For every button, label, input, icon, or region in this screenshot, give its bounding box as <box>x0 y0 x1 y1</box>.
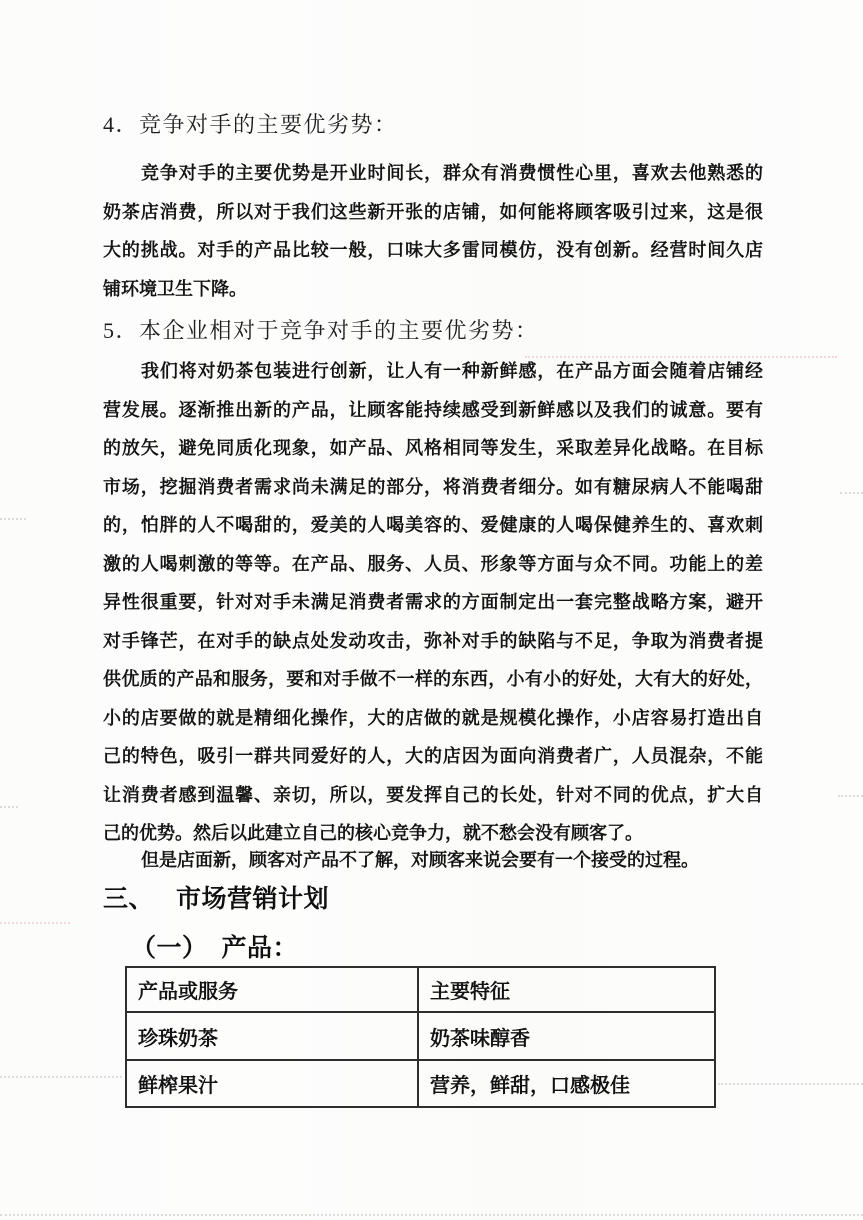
table-cell: 鲜榨果汁 <box>127 1061 419 1106</box>
section5-paragraph: 我们将对奶茶包装进行创新，让人有一种新鲜感，在产品方面会随着店铺经营发展。逐渐推… <box>103 352 763 853</box>
section4-paragraph: 竞争对手的主要优势是开业时间长，群众有消费惯性心里，喜欢去他熟悉的奶茶店消费，所… <box>103 154 763 308</box>
table-cell: 奶茶味醇香 <box>419 1013 714 1061</box>
table-header-cell: 产品或服务 <box>127 968 419 1013</box>
scan-artifact-dots <box>718 1083 863 1085</box>
scan-artifact-dots <box>0 518 26 520</box>
text-line: 竞争对手的主要优势是开业时间长，群众有消费惯性心里，喜欢去他熟悉的 <box>103 154 763 193</box>
table-cell: 珍珠奶茶 <box>127 1013 419 1061</box>
table-cell: 营养，鲜甜，口感极佳 <box>419 1061 714 1106</box>
section4-heading: 4．竞争对手的主要优劣势： <box>103 110 398 140</box>
scan-artifact-dots <box>0 806 18 808</box>
text-line: 营发展。逐渐推出新的产品，让顾客能持续感受到新鲜感以及我们的诚意。要有 <box>103 391 763 430</box>
document-page: 4．竞争对手的主要优劣势： 竞争对手的主要优势是开业时间长，群众有消费惯性心里，… <box>0 0 863 1220</box>
scan-artifact-dots <box>0 1076 122 1078</box>
scan-artifact-dots <box>840 492 863 494</box>
text-line: 激的人喝刺激的等等。在产品、服务、人员、形象等方面与众不同。功能上的差 <box>103 545 763 584</box>
text-line: 小的店要做的就是精细化操作，大的店做的就是规模化操作，小店容易打造出自 <box>103 699 763 738</box>
text-line: 的，怕胖的人不喝甜的，爱美的人喝美容的、爱健康的人喝保健养生的、喜欢刺 <box>103 506 763 545</box>
text-line: 但是店面新，顾客对产品不了解，对顾客来说会要有一个接受的过程。 <box>103 841 763 880</box>
section3-heading: 三、市场营销计划 <box>103 884 329 914</box>
table-header-cell: 主要特征 <box>419 968 714 1013</box>
text-line: 奶茶店消费，所以对于我们这些新开张的店铺，如何能将顾客吸引过来，这是很 <box>103 193 763 232</box>
text-line: 异性很重要，针对对手未满足消费者需求的方面制定出一套完整战略方案，避开 <box>103 583 763 622</box>
product-table: 产品或服务 主要特征 珍珠奶茶 奶茶味醇香 鲜榨果汁 营养，鲜甜，口感极佳 <box>125 966 716 1108</box>
scan-artifact-dots <box>0 922 70 924</box>
scan-artifact-dots <box>838 795 863 797</box>
text-line: 的放矢，避免同质化现象，如产品、风格相同等发生，采取差异化战略。在目标 <box>103 429 763 468</box>
subsection1-title: 产品： <box>222 934 299 962</box>
text-line: 己的特色，吸引一群共同爱好的人，大的店因为面向消费者广，人员混杂，不能 <box>103 737 763 776</box>
section3-number: 三、 <box>103 884 154 914</box>
text-line: 大的挑战。对手的产品比较一般，口味大多雷同模仿，没有创新。经营时间久店 <box>103 231 763 270</box>
section5-heading: 5．本企业相对于竞争对手的主要优劣势： <box>103 316 539 346</box>
text-line: 让消费者感到温馨、亲切，所以，要发挥自己的长处，针对不同的优点，扩大自 <box>103 776 763 815</box>
text-line: 供优质的产品和服务，要和对手做不一样的东西，小有小的好处，大有大的好处， <box>103 660 763 699</box>
text-line: 我们将对奶茶包装进行创新，让人有一种新鲜感，在产品方面会随着店铺经 <box>103 352 763 391</box>
subsection1-number: （一） <box>131 933 208 963</box>
section3-title: 市场营销计划 <box>176 885 329 913</box>
scan-artifact-dots <box>0 1214 863 1216</box>
section5-closing-paragraph: 但是店面新，顾客对产品不了解，对顾客来说会要有一个接受的过程。 <box>103 841 763 880</box>
text-line: 市场，挖掘消费者需求尚未满足的部分，将消费者细分。如有糖尿病人不能喝甜 <box>103 468 763 507</box>
subsection1-heading: （一）产品： <box>131 933 298 963</box>
text-line: 铺环境卫生下降。 <box>103 270 763 309</box>
text-line: 对手锋芒，在对手的缺点处发动攻击，弥补对手的缺陷与不足，争取为消费者提 <box>103 622 763 661</box>
